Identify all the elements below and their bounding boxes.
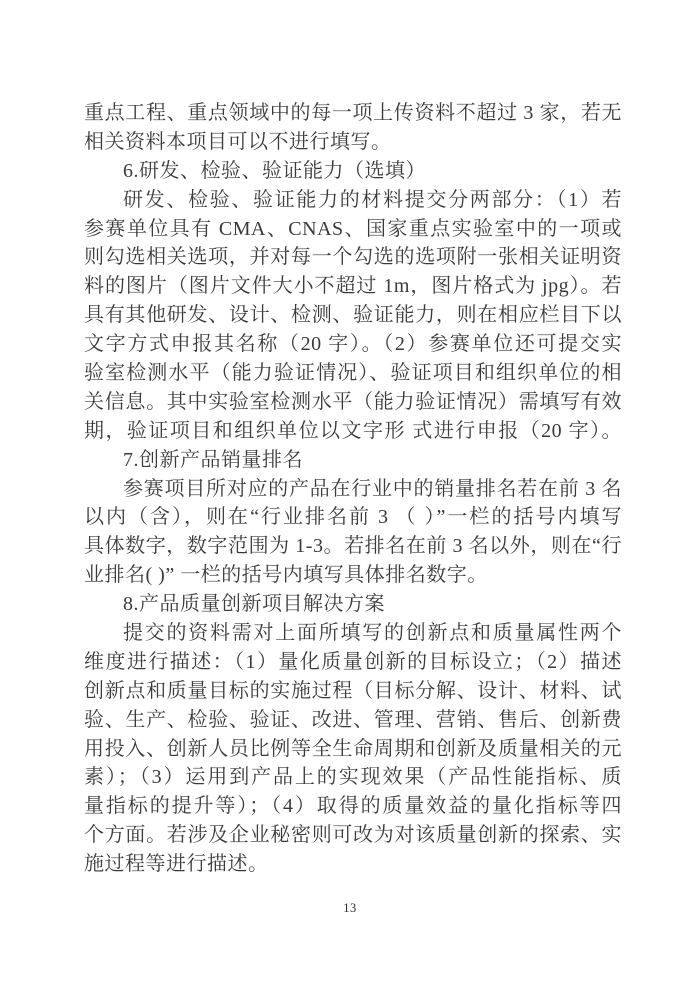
paragraph-line: 验室检测水平（能力验证情况）、验证项目和组织单位的相 [84,359,622,388]
paragraph-line: 提交的资料需对上面所填写的创新点和质量属性两个 [84,619,622,648]
paragraph-line: 施过程等进行描述。 [84,850,622,879]
paragraph-line: 研发、检验、验证能力的材料提交分两部分：（1）若 [84,186,622,215]
paragraph-line: 重点工程、重点领域中的每一项上传资料不超过 3 家，若无 [84,99,622,128]
section-heading-7: 7.创新产品销量排名 [84,446,622,475]
section-heading-6: 6.研发、检验、验证能力（选填） [84,157,622,186]
paragraph-line: 文字方式申报其名称（20 字）。（2）参赛单位还可提交实 [84,330,622,359]
paragraph-line: 个方面。若涉及企业秘密则可改为对该质量创新的探索、实 [84,821,622,850]
paragraph-line: 以内（含），则在“行业排名前 3 （ ）”一栏的括号内填写 [84,503,622,532]
paragraph-line: 期，验证项目和组织单位以文字形 式进行申报（20 字）。 [84,417,622,446]
paragraph-line: 验、生产、检验、验证、改进、管理、营销、售后、创新费 [84,706,622,735]
paragraph-line: 具有其他研发、设计、检测、验证能力，则在相应栏目下以 [84,301,622,330]
document-body: 重点工程、重点领域中的每一项上传资料不超过 3 家，若无相关资料本项目可以不进行… [84,99,622,879]
paragraph-line: 素）；（3）运用到产品上的实现效果（产品性能指标、质 [84,763,622,792]
paragraph-line: 创新点和质量目标的实施过程（目标分解、设计、材料、试 [84,677,622,706]
paragraph-line: 关信息。其中实验室检测水平（能力验证情况）需填写有效 [84,388,622,417]
paragraph-line: 量指标的提升等）；（4）取得的质量效益的量化指标等四 [84,792,622,821]
document-page: 重点工程、重点领域中的每一项上传资料不超过 3 家，若无相关资料本项目可以不进行… [0,0,700,990]
page-number: 13 [0,901,700,916]
paragraph-line: 具体数字，数字范围为 1-3。若排名在前 3 名以外，则在“行 [84,532,622,561]
paragraph-line: 参赛项目所对应的产品在行业中的销量排名若在前 3 名 [84,475,622,504]
section-heading-8: 8.产品质量创新项目解决方案 [84,590,622,619]
paragraph-line: 参赛单位具有 CMA、CNAS、国家重点实验室中的一项或多项， [84,215,622,244]
paragraph-line: 则勾选相关选项，并对每一个勾选的选项附一张相关证明资 [84,243,622,272]
paragraph-line: 业排名( )” 一栏的括号内填写具体排名数字。 [84,561,622,590]
paragraph-line: 用投入、创新人员比例等全生命周期和创新及质量相关的元 [84,735,622,764]
paragraph-line: 相关资料本项目可以不进行填写。 [84,128,622,157]
paragraph-line: 料的图片（图片文件大小不超过 1m，图片格式为 jpg）。若 [84,272,622,301]
paragraph-line: 维度进行描述：（1）量化质量创新的目标设立；（2）描述 [84,648,622,677]
